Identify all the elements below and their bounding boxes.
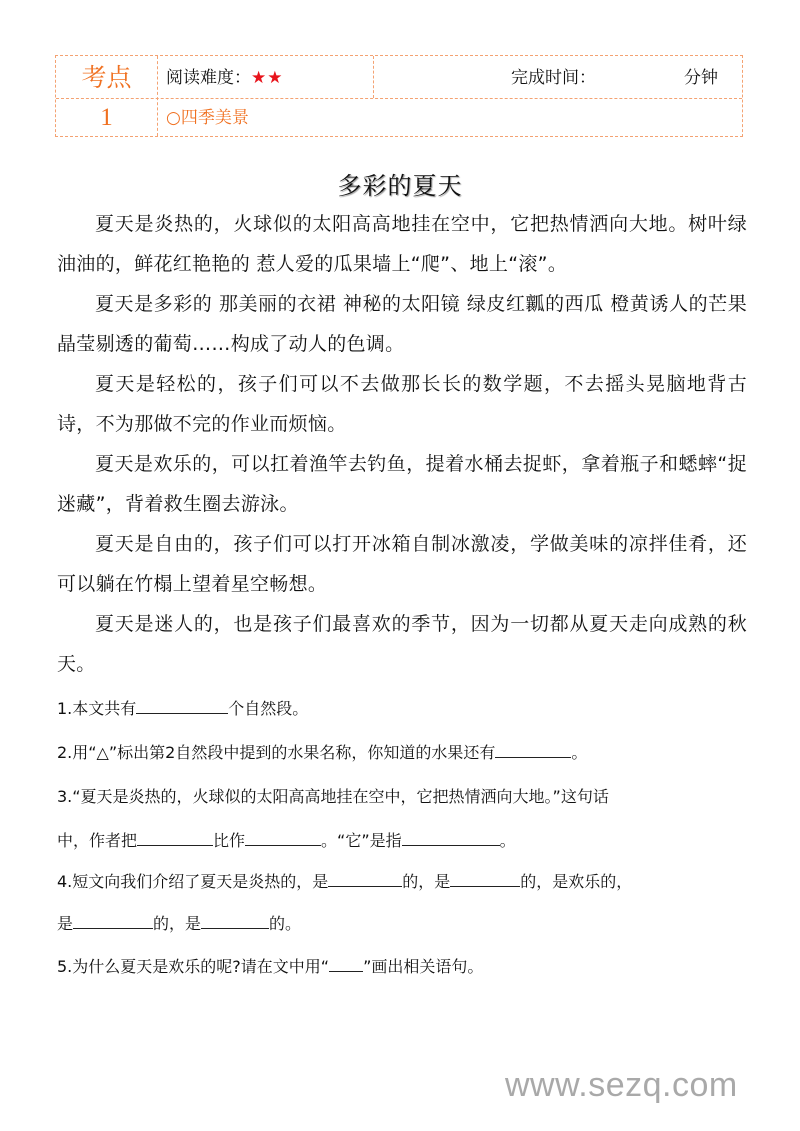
answer-blank[interactable] (245, 831, 321, 846)
question-5: 5.为什么夏天是欢乐的呢?请在文中用“”画出相关语句。 (57, 954, 483, 977)
question-text: 个自然段。 (228, 699, 308, 718)
question-text: 1.本文共有 (57, 699, 136, 718)
question-text: 的，是 (153, 914, 201, 933)
topic-label: ○四季美景 (166, 99, 249, 137)
question-text: 3.“夏天是炎热的，火球似的太阳高高地挂在空中，它把热情洒向大地。”这句话 (57, 787, 609, 806)
table-divider (157, 56, 158, 136)
question-2: 2.用“△”标出第2自然段中提到的水果名称，你知道的水果还有。 (57, 740, 587, 763)
question-text: 。“它”是指 (321, 831, 402, 850)
question-text: 的，是欢乐的， (520, 872, 632, 891)
kaodian-number: 1 (56, 99, 157, 137)
difficulty: 阅读难度：★★ (166, 58, 283, 98)
star-icon: ★★ (251, 68, 283, 88)
question-text: 4.短文向我们介绍了夏天是炎热的，是 (57, 872, 328, 891)
paragraph: 夏天是欢乐的，可以扛着渔竿去钓鱼，提着水桶去捉虾，拿着瓶子和蟋蟀“捉迷藏”，背着… (57, 444, 747, 524)
paragraph: 夏天是多彩的 那美丽的衣裙 神秘的太阳镜 绿皮红瓤的西瓜 橙黄诱人的芒果 晶莹剔… (57, 284, 747, 364)
answer-blank[interactable] (328, 872, 402, 887)
question-text: 2.用“△”标出第2自然段中提到的水果名称，你知道的水果还有 (57, 743, 495, 762)
article-title: 多彩的夏天 (0, 166, 800, 201)
paragraph: 夏天是炎热的，火球似的太阳高高地挂在空中，它把热情洒向大地。树叶绿油油的，鲜花红… (57, 204, 747, 284)
difficulty-label: 阅读难度： (166, 68, 251, 88)
answer-blank[interactable] (201, 914, 269, 929)
time-label: 完成时间： (511, 58, 596, 98)
question-text: 的。 (269, 914, 301, 933)
question-3: 3.“夏天是炎热的，火球似的太阳高高地挂在空中，它把热情洒向大地。”这句话 (57, 784, 609, 807)
question-text: 的，是 (402, 872, 450, 891)
paragraph: 夏天是轻松的，孩子们可以不去做那长长的数学题，不去摇头晃脑地背古诗，不为那做不完… (57, 364, 747, 444)
answer-blank[interactable] (402, 831, 500, 846)
time-unit: 分钟 (684, 58, 718, 98)
question-4: 4.短文向我们介绍了夏天是炎热的，是的，是的，是欢乐的， (57, 869, 632, 892)
answer-blank[interactable] (73, 914, 153, 929)
question-text: ”画出相关语句。 (363, 957, 483, 976)
question-4-line2: 是的，是的。 (57, 911, 301, 934)
question-3-line2: 中，作者把比作。“它”是指。 (57, 828, 516, 851)
question-text: 。 (571, 743, 587, 762)
answer-blank[interactable] (137, 831, 213, 846)
answer-blank[interactable] (136, 699, 228, 714)
question-text: 。 (500, 831, 516, 850)
table-divider (373, 56, 374, 98)
paragraph: 夏天是自由的，孩子们可以打开冰箱自制冰激凌，学做美味的凉拌佳肴，还可以躺在竹榻上… (57, 524, 747, 604)
header-table: 考点 1 阅读难度：★★ 完成时间： 分钟 ○四季美景 (55, 55, 743, 137)
question-1: 1.本文共有个自然段。 (57, 696, 308, 719)
paragraph: 夏天是迷人的，也是孩子们最喜欢的季节，因为一切都从夏天走向成熟的秋天。 (57, 604, 747, 684)
question-text: 5.为什么夏天是欢乐的呢?请在文中用“ (57, 957, 329, 976)
article-body: 夏天是炎热的，火球似的太阳高高地挂在空中，它把热情洒向大地。树叶绿油油的，鲜花红… (57, 204, 747, 684)
answer-blank[interactable] (495, 743, 571, 758)
question-text: 是 (57, 914, 73, 933)
question-text: 中，作者把 (57, 831, 137, 850)
answer-blank[interactable] (450, 872, 520, 887)
kaodian-label: 考点 (56, 58, 157, 98)
table-divider (56, 98, 742, 99)
watermark: www.sezq.com (505, 1066, 738, 1105)
underline-sample (329, 957, 363, 972)
question-text: 比作 (213, 831, 245, 850)
